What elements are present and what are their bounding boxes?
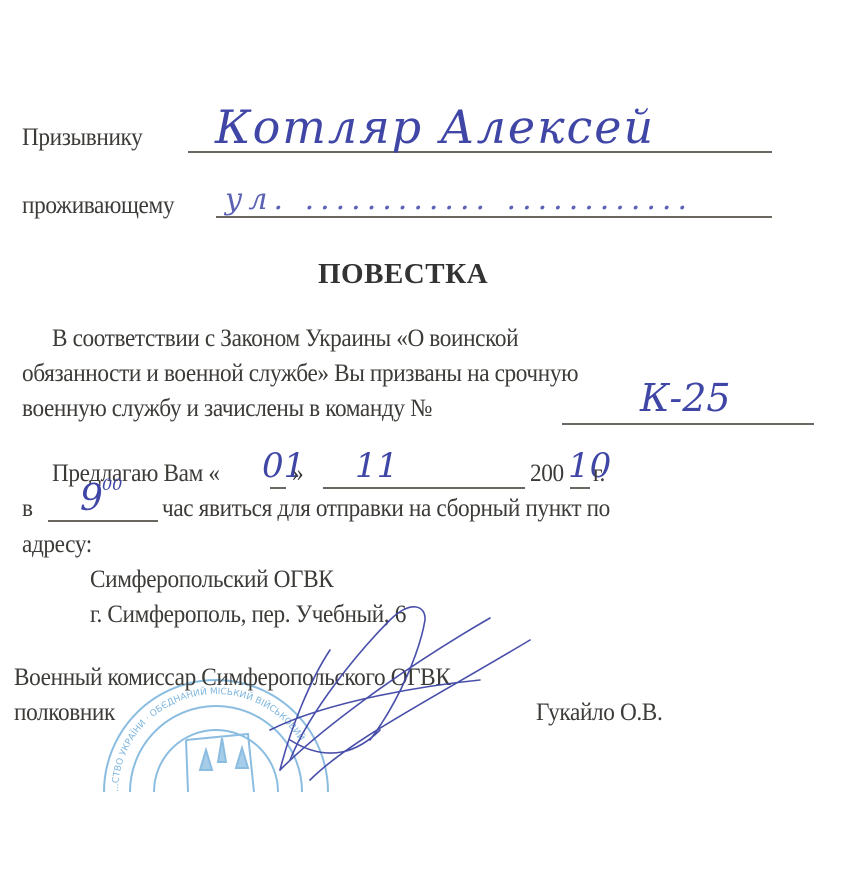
document-title: ПОВЕСТКА (318, 258, 488, 291)
signature-scribble (250, 590, 530, 790)
time-minutes-handwritten: 00 (102, 475, 122, 494)
time-suffix: час явиться для отправки на сборный пунк… (162, 495, 610, 523)
paragraph1-line3: военную службу и зачислены в команду № (22, 395, 432, 423)
time-prefix: в (22, 495, 33, 523)
address-heading: адресу: (22, 531, 92, 559)
signatory-name: Гукайло О.В. (536, 699, 662, 727)
time-hour-handwritten: 9 (80, 478, 103, 519)
year-unit: г. (593, 460, 605, 488)
month-underline (323, 487, 525, 489)
paragraph1-line2: обязанности и военной службе» Вы призван… (22, 360, 578, 388)
team-number-handwritten: К-25 (640, 376, 731, 420)
recipient-label: Призывнику (22, 124, 142, 152)
time-underline (48, 520, 158, 522)
recipient-name-handwritten: Котляр Алексей (215, 100, 655, 154)
address-label: проживающему (22, 192, 174, 220)
quote-close: » (292, 460, 303, 488)
year-underline (570, 487, 590, 489)
day-underline (270, 487, 286, 489)
signatory-rank: полковник (14, 699, 115, 727)
team-number-underline (562, 423, 814, 425)
address-handwritten: ул. ............ ............ (225, 182, 693, 217)
year-prefix: 200 (530, 460, 564, 488)
paragraph1-line1: В соответствии с Законом Украины «О воин… (52, 325, 518, 353)
month-handwritten: 11 (355, 446, 398, 486)
offer-prefix: Предлагаю Вам « (52, 460, 220, 488)
